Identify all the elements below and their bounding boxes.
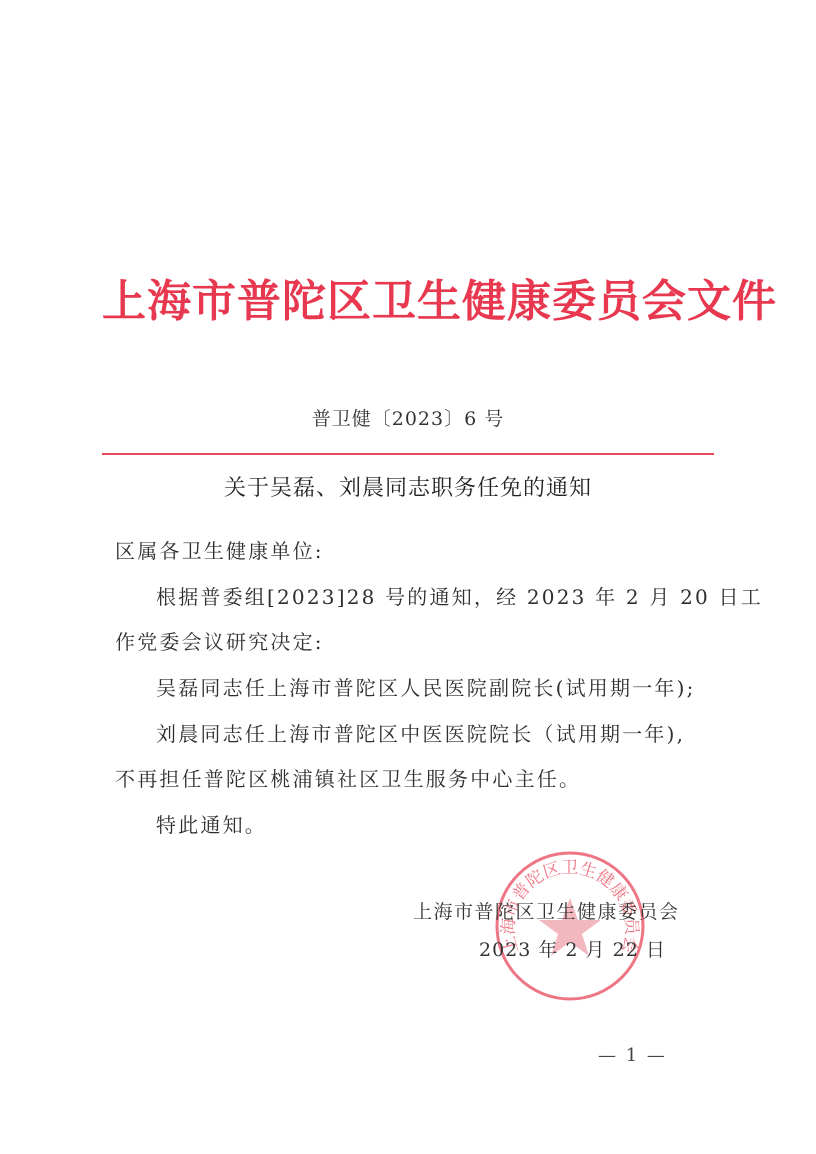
signature-organization: 上海市普陀区卫生健康委员会 [413, 897, 680, 924]
body-paragraph-1-line-1: 根据普委组[2023]28 号的通知，经 2023 年 2 月 20 日工 [156, 582, 763, 612]
official-seal-icon: 上海市普陀区卫生健康委员会 [494, 850, 646, 1002]
salutation: 区属各卫生健康单位: [115, 536, 324, 566]
document-number: 普卫健〔2023〕6 号 [0, 404, 816, 431]
document-header: 上海市普陀区卫生健康委员会文件 [102, 272, 714, 332]
body-paragraph-1-line-2: 作党委会议研究决定: [115, 627, 324, 657]
body-paragraph-2: 吴磊同志任上海市普陀区人民医院副院长(试用期一年); [156, 673, 696, 703]
body-paragraph-3-line-2: 不再担任普陀区桃浦镇社区卫生服务中心主任。 [115, 764, 581, 794]
document-title: 关于吴磊、刘晨同志职务任免的通知 [0, 471, 816, 502]
page-number: — 1 — [598, 1045, 667, 1066]
body-paragraph-3-line-1: 刘晨同志任上海市普陀区中医医院院长（试用期一年), [156, 719, 685, 749]
body-closing: 特此通知。 [156, 810, 267, 840]
signature-date: 2023 年 2 月 22 日 [479, 935, 666, 962]
red-divider-line [102, 453, 714, 455]
